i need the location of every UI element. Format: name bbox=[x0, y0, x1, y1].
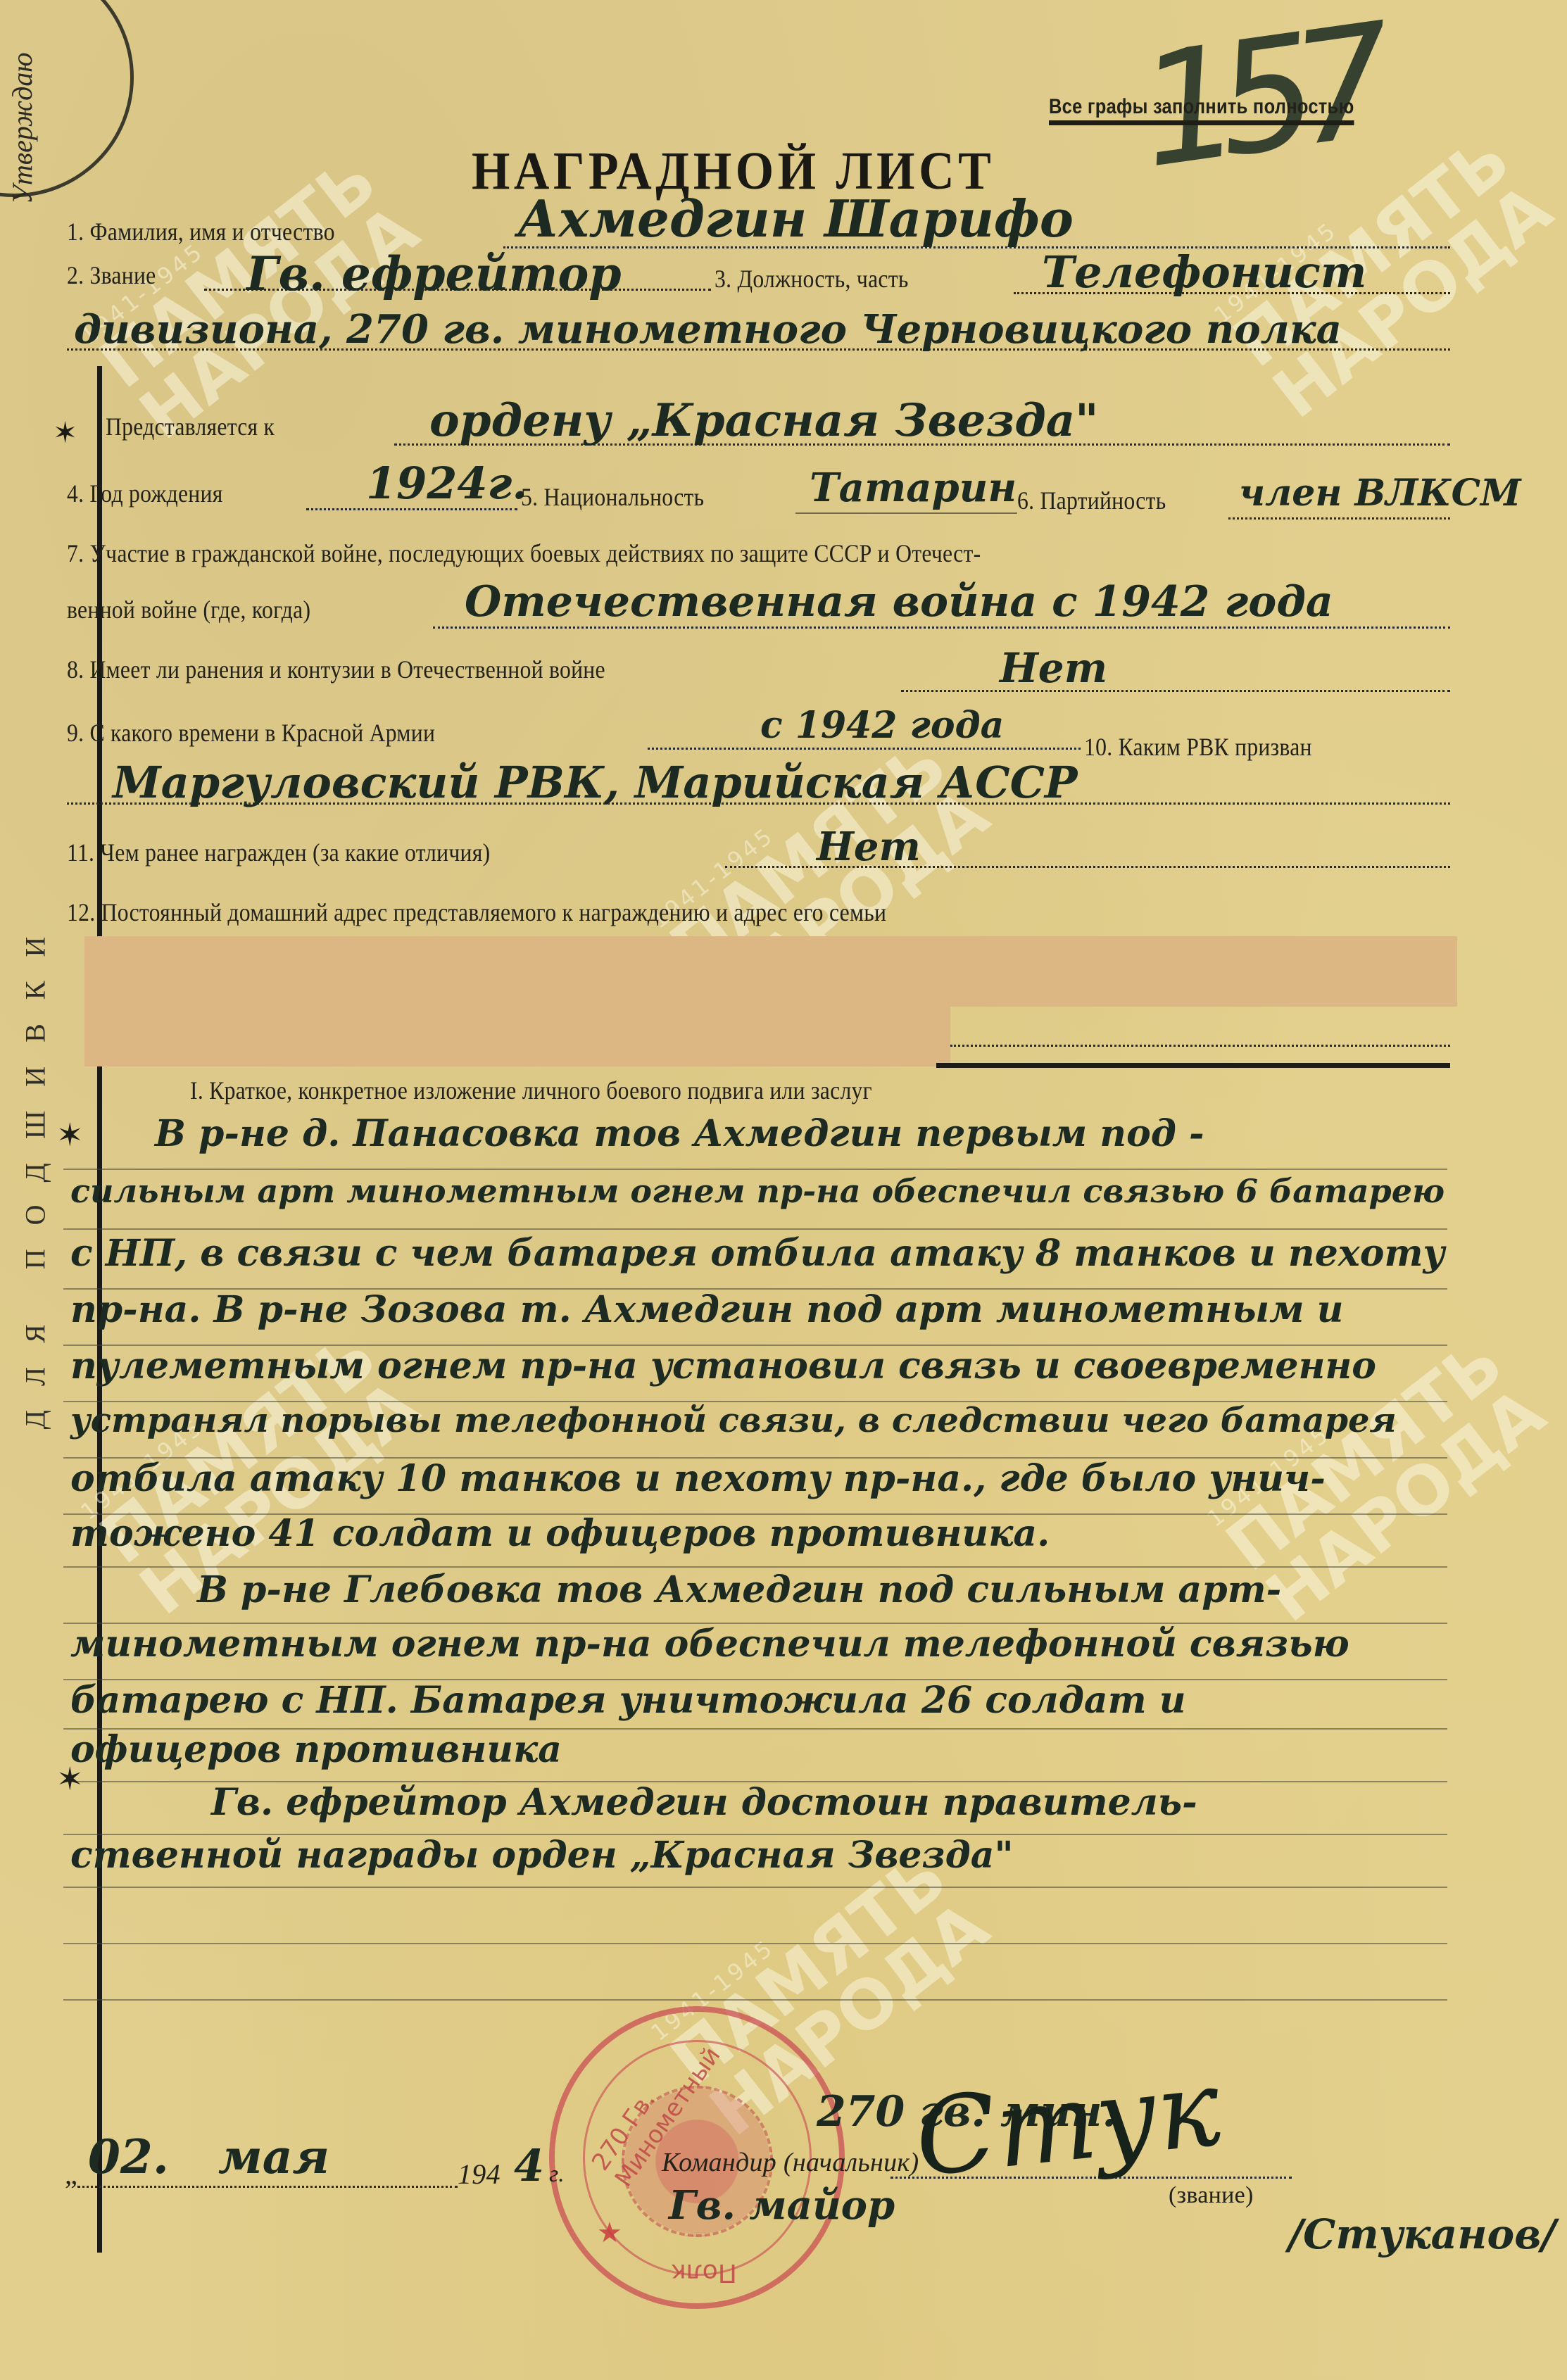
field-9-label: 9. С какого времени в Красной Армии bbox=[67, 718, 435, 748]
narrative-line: устранял порывы телефонной связи, в след… bbox=[70, 1401, 1397, 1440]
binding-hole-mark: ✶ bbox=[56, 1116, 84, 1154]
field-10-value: Маргуловский РВК, Марийская АССР bbox=[113, 757, 1078, 808]
field-3-value: Телефонист bbox=[1042, 246, 1366, 298]
field-12-label: 12. Постоянный домашний адрес представля… bbox=[67, 898, 886, 927]
ruled-line bbox=[63, 1887, 1447, 1888]
field-9-line bbox=[648, 748, 1081, 750]
field-5-line bbox=[795, 512, 1017, 514]
rank-caption: (звание) bbox=[1169, 2182, 1254, 2209]
seal-bottom-text: Полк bbox=[671, 2258, 737, 2287]
field-1-value: Ахмедгин Шарифо bbox=[517, 189, 1074, 248]
field-11-value: Нет bbox=[817, 824, 921, 870]
field-10-label: 10. Каким РВК призван bbox=[1084, 732, 1312, 762]
narrative-line: ственной награды орден „Красная Звезда" bbox=[70, 1834, 1014, 1877]
signature-name: /Стуканов/ bbox=[1288, 2210, 1556, 2258]
commander-label: Командир (начальник) bbox=[662, 2147, 919, 2178]
narrative-line: сильным арт минометным огнем пр-на обесп… bbox=[70, 1172, 1445, 1210]
address-redaction bbox=[84, 936, 1457, 1007]
date-quote: „ bbox=[65, 2158, 77, 2191]
narrative-line: батарею с НП. Батарея уничтожила 26 солд… bbox=[70, 1679, 1186, 1722]
date-year-unit: г. bbox=[549, 2161, 565, 2188]
field-4-label: 4. Год рождения bbox=[67, 479, 223, 508]
field-7-value: Отечественная война с 1942 года bbox=[465, 577, 1333, 627]
ruled-line bbox=[63, 1566, 1447, 1568]
narrative-heading: I. Краткое, конкретное изложение личного… bbox=[190, 1076, 872, 1105]
field-7-label-cont: венной войне (где, когда) bbox=[67, 595, 310, 624]
section-rule bbox=[936, 1063, 1450, 1068]
field-7-line bbox=[433, 627, 1450, 629]
binding-label: ДЛЯ ПОДШИВКИ bbox=[19, 904, 52, 1439]
narrative-line: В р-не д. Панасовка тов Ахмедгин первым … bbox=[155, 1112, 1204, 1155]
field-1-label: 1. Фамилия, имя и отчество bbox=[67, 217, 335, 246]
ruled-line bbox=[63, 1943, 1447, 1944]
date-day: 02. bbox=[88, 2129, 169, 2184]
field-6-line bbox=[1228, 517, 1450, 520]
date-line bbox=[77, 2186, 458, 2188]
field-12-line bbox=[950, 1045, 1450, 1047]
field-8-label: 8. Имеет ли ранения и контузии в Отечест… bbox=[67, 655, 605, 684]
field-9-value: с 1942 года bbox=[760, 704, 1004, 747]
narrative-line: В р-не Глебовка тов Ахмедгин под сильным… bbox=[197, 1568, 1281, 1611]
commander-rank: Гв. майор bbox=[669, 2182, 895, 2229]
date-year-suffix: 4 bbox=[514, 2140, 544, 2191]
field-5-label: 5. Национальность bbox=[521, 482, 704, 512]
address-redaction bbox=[84, 1000, 950, 1066]
narrative-line: минометным огнем пр-на обеспечил телефон… bbox=[70, 1623, 1349, 1666]
narrative-line: Гв. ефрейтор Ахмедгин достоин правитель- bbox=[211, 1781, 1197, 1824]
date-year-prefix: 194 bbox=[458, 2158, 501, 2191]
binding-hole-mark: ✶ bbox=[53, 415, 77, 451]
narrative-line: офицеров противника bbox=[70, 1728, 562, 1771]
field-3-value-cont: дивизиона, 270 гв. минометного Черновицк… bbox=[74, 306, 1342, 353]
award-value: ордену „Красная Звезда" bbox=[429, 394, 1099, 447]
field-4-value: 1924г. bbox=[366, 458, 527, 509]
field-6-label: 6. Партийность bbox=[1017, 486, 1166, 515]
field-8-line bbox=[901, 690, 1450, 692]
fill-all-notice: Все графы заполнить полностью bbox=[1049, 95, 1354, 125]
field-2-value: Гв. ефрейтор bbox=[246, 246, 622, 301]
narrative-line: пулеметным огнем пр-на установил связь и… bbox=[70, 1345, 1376, 1387]
field-2-label: 2. Звание bbox=[67, 260, 156, 290]
field-5-value: Татарин bbox=[810, 465, 1017, 511]
field-3-label: 3. Должность, часть bbox=[715, 264, 909, 294]
field-8-value: Нет bbox=[1000, 644, 1107, 692]
date-month: мая bbox=[218, 2129, 329, 2184]
award-label: Представляется к bbox=[106, 412, 275, 441]
seal-star-icon: ★ bbox=[597, 2216, 622, 2249]
field-11-label: 11. Чем ранее награжден (за какие отличи… bbox=[67, 838, 490, 867]
ruled-line bbox=[63, 1228, 1447, 1230]
narrative-line: тожено 41 солдат и офицеров противника. bbox=[70, 1512, 1050, 1555]
ruled-line bbox=[63, 1169, 1447, 1170]
narrative-line: с НП, в связи с чем батарея отбила атаку… bbox=[70, 1232, 1445, 1275]
corner-stamp-text: Утверждаю bbox=[6, 52, 39, 204]
narrative-line: пр-на. В р-не Зозова т. Ахмедгин под арт… bbox=[70, 1288, 1343, 1331]
field-6-value: член ВЛКСМ bbox=[1239, 472, 1521, 515]
field-7-label: 7. Участие в гражданской войне, последую… bbox=[67, 539, 981, 568]
narrative-line: отбила атаку 10 танков и пехоту пр-на., … bbox=[70, 1457, 1326, 1500]
binding-hole-mark: ✶ bbox=[56, 1760, 84, 1798]
